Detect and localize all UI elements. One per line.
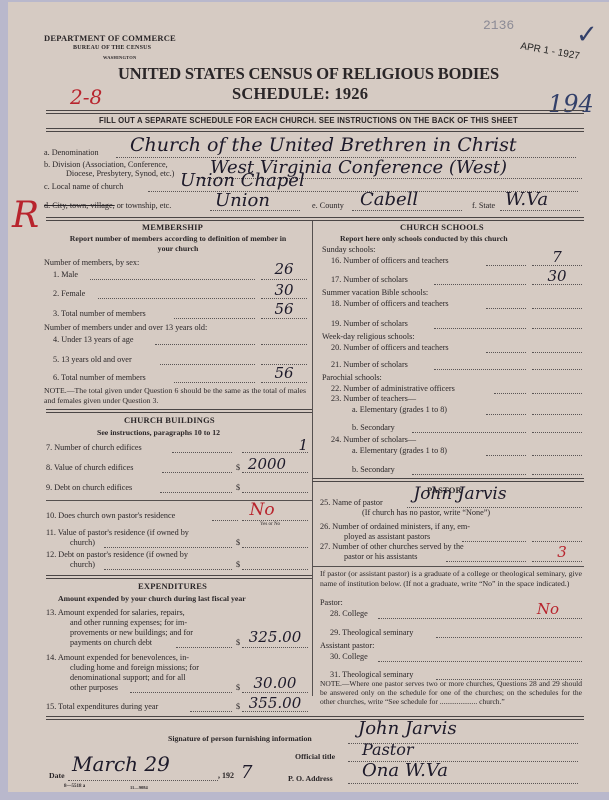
q19-label: 19. Number of scholars xyxy=(331,319,408,328)
year-prefix: , 192 xyxy=(218,771,234,780)
date-field[interactable] xyxy=(68,780,218,781)
city-label: WASHINGTON xyxy=(103,55,136,60)
q13-label-line-3: provements or new buildings; and for xyxy=(70,628,193,637)
q7-label: 7. Number of church edifices xyxy=(46,443,142,452)
q30-label: 30. College xyxy=(330,652,368,661)
q18-label: 18. Number of officers and teachers xyxy=(331,299,449,308)
q11-field[interactable] xyxy=(242,547,308,548)
q7-value: 1 xyxy=(242,436,308,454)
q12-label-2: church) xyxy=(70,560,95,569)
q27-value: 3 xyxy=(532,543,592,561)
q24a-label: a. Elementary (grades 1 to 8) xyxy=(352,446,447,455)
official-title-value: Pastor xyxy=(362,740,414,759)
q29-label: 29. Theological seminary xyxy=(330,628,413,637)
q11-label-2: church) xyxy=(70,538,95,547)
q3-field[interactable] xyxy=(261,318,307,319)
q26-label-1: 26. Number of ordained ministers, if any… xyxy=(320,522,470,531)
expenditures-subheading: Amount expended by your church during la… xyxy=(58,594,246,603)
q13-field[interactable] xyxy=(242,647,308,648)
division-label-1: b. Division (Association, Conference, xyxy=(44,160,168,169)
weekday-schools-label: Week-day religious schools: xyxy=(322,332,415,341)
q25-label: 25. Name of pastor xyxy=(320,498,383,507)
date-value: March 29 xyxy=(72,752,170,776)
parochial-schools-label: Parochial schools: xyxy=(322,373,382,382)
q18-field[interactable] xyxy=(532,308,582,309)
margin-r-annotation: R xyxy=(12,195,39,236)
date-label: Date xyxy=(49,771,65,780)
q28-value: No xyxy=(528,600,568,618)
form-number: 8—5518 a xyxy=(64,784,85,789)
pastor-note: NOTE.—Where one pastor serves two or mor… xyxy=(320,680,582,706)
po-address-label: P. O. Address xyxy=(288,774,333,783)
q4-label: 4. Under 13 years of age xyxy=(53,335,133,344)
q17-value: 30 xyxy=(532,267,582,285)
q21-field[interactable] xyxy=(532,369,582,370)
q25-value: John Jarvis xyxy=(405,484,515,504)
q23a-label: a. Elementary (grades 1 to 8) xyxy=(352,405,447,414)
expenditures-heading: EXPENDITURES xyxy=(138,581,207,591)
buildings-heading: CHURCH BUILDINGS xyxy=(124,415,215,425)
q2-value: 30 xyxy=(261,281,307,299)
q9-currency: $ xyxy=(236,483,240,492)
q15-currency: $ xyxy=(236,702,240,711)
q6-value: 56 xyxy=(261,364,307,382)
q6-field[interactable] xyxy=(261,382,307,383)
q20-label: 20. Number of officers and teachers xyxy=(331,343,449,352)
official-title-label: Official title xyxy=(295,752,335,761)
membership-note: NOTE.—The total given under Question 6 s… xyxy=(44,386,306,406)
q27-label-1: 27. Number of other churches served by t… xyxy=(320,542,464,551)
q23-label: 23. Number of teachers— xyxy=(331,394,416,403)
q17-label: 17. Number of scholars xyxy=(331,275,408,284)
q15-label: 15. Total expenditures during year xyxy=(46,702,158,711)
q24b-label: b. Secondary xyxy=(352,465,395,474)
q23b-field[interactable] xyxy=(532,432,582,433)
po-address-field[interactable] xyxy=(348,783,578,784)
city-label: d. City, town, village, or township, etc… xyxy=(44,201,171,210)
q10-label: 10. Does church own pastor's residence xyxy=(46,511,175,520)
q14-currency: $ xyxy=(236,683,240,692)
signature-label: Signature of person furnishing informati… xyxy=(168,734,312,743)
q26-field[interactable] xyxy=(532,541,582,542)
page-title: UNITED STATES CENSUS OF RELIGIOUS BODIES xyxy=(118,64,499,84)
sunday-schools-label: Sunday schools: xyxy=(322,245,375,254)
print-number: 11—9084 xyxy=(130,785,148,790)
graduate-note: If pastor (or assistant pastor) is a gra… xyxy=(320,569,582,589)
q14-label-line-2: cluding home and foreign missions; for xyxy=(70,663,199,672)
denomination-value: Church of the United Brethren in Christ xyxy=(130,134,517,156)
membership-heading: MEMBERSHIP xyxy=(142,222,203,232)
buildings-subheading: See instructions, paragraphs 10 to 12 xyxy=(97,428,220,437)
state-label: f. State xyxy=(472,201,495,210)
denomination-label: a. Denomination xyxy=(44,148,99,157)
q6-label: 6. Total number of members xyxy=(53,373,146,382)
q14-label-line-1: 14. Amount expended for benevolences, in… xyxy=(46,653,189,662)
q31-label: 31. Theological seminary xyxy=(330,670,413,679)
q22-label: 22. Number of administrative officers xyxy=(331,384,455,393)
q13-label-line-2: and other running expenses; for im- xyxy=(70,618,187,627)
q24a-field[interactable] xyxy=(532,455,582,456)
q2-label: 2. Female xyxy=(53,289,85,298)
q12-field[interactable] xyxy=(242,569,308,570)
signature-value: John Jarvis xyxy=(358,718,457,739)
q25-hint: (If church has no pastor, write “None”) xyxy=(362,508,490,517)
q5-label: 5. 13 years old and over xyxy=(53,355,132,364)
department-label: DEPARTMENT OF COMMERCE xyxy=(44,33,176,43)
q9-label: 9. Debt on church edifices xyxy=(46,483,132,492)
q13-value: 325.00 xyxy=(242,628,308,646)
instruction-banner: FILL OUT A SEPARATE SCHEDULE FOR EACH CH… xyxy=(99,115,518,125)
q28-label: 28. College xyxy=(330,609,368,618)
city-value: Union xyxy=(215,190,270,211)
q29-field[interactable] xyxy=(436,637,582,638)
q14-value: 30.00 xyxy=(242,674,308,692)
q24-label: 24. Number of scholars— xyxy=(331,435,416,444)
q27-label-2: pastor or his assistants xyxy=(344,552,417,561)
q15-value: 355.00 xyxy=(242,694,308,712)
q9-field[interactable] xyxy=(242,492,308,493)
q3-value: 56 xyxy=(261,300,307,318)
q23a-field[interactable] xyxy=(532,414,582,415)
red-code-annotation: 2-8 xyxy=(70,85,102,109)
q10-field[interactable] xyxy=(242,520,308,521)
q4-field[interactable] xyxy=(261,344,307,345)
pastor-label: Pastor: xyxy=(320,598,343,607)
q13-label-line-1: 13. Amount expended for salaries, repair… xyxy=(46,608,185,617)
q10-hint: Yes or No xyxy=(260,522,280,527)
q27-field[interactable] xyxy=(532,561,582,562)
q28-field[interactable] xyxy=(378,618,582,619)
q16-label: 16. Number of officers and teachers xyxy=(331,256,449,265)
q23b-label: b. Secondary xyxy=(352,423,395,432)
division-label-2: Diocese, Presbytery, Synod, etc.) xyxy=(66,169,174,178)
q8-value: 2000 xyxy=(242,455,292,473)
q22-field[interactable] xyxy=(532,393,582,394)
membership-subheading: Report number of members according to de… xyxy=(62,234,294,254)
county-label: e. County xyxy=(312,201,344,210)
schools-heading: CHURCH SCHOOLS xyxy=(400,222,484,232)
page-subtitle: SCHEDULE: 1926 xyxy=(232,84,368,104)
county-value: Cabell xyxy=(360,189,418,210)
po-address-value: Ona W.Va xyxy=(362,760,448,781)
q10-value: No xyxy=(242,500,282,520)
local-name-value: Union Chapel xyxy=(180,170,305,191)
members-by-sex-label: Number of members, by sex: xyxy=(44,258,139,267)
county-field[interactable] xyxy=(352,210,462,211)
q16-value: 7 xyxy=(532,248,582,266)
q19-field[interactable] xyxy=(532,328,582,329)
q3-label: 3. Total number of members xyxy=(53,309,146,318)
q24b-field[interactable] xyxy=(532,474,582,475)
q8-currency: $ xyxy=(236,463,240,472)
q13-currency: $ xyxy=(236,638,240,647)
q20-field[interactable] xyxy=(532,352,582,353)
schools-subheading: Report here only schools conducted by th… xyxy=(340,234,508,243)
check-mark-icon: ✓ xyxy=(576,20,598,50)
q14-label-line-3: denominational support; and for all xyxy=(70,673,186,682)
state-value: W.Va xyxy=(505,189,548,210)
q26-label-2: ployed as assistant pastors xyxy=(344,532,430,541)
q12-currency: $ xyxy=(236,560,240,569)
age-breakdown-label: Number of members under and over 13 year… xyxy=(44,323,207,332)
q30-field[interactable] xyxy=(378,661,582,662)
state-field[interactable] xyxy=(500,210,580,211)
q1-label: 1. Male xyxy=(53,270,78,279)
q8-label: 8. Value of church edifices xyxy=(46,463,133,472)
q11-currency: $ xyxy=(236,538,240,547)
q12-label-1: 12. Debt on pastor's residence (if owned… xyxy=(46,550,188,559)
q1-value: 26 xyxy=(261,260,307,278)
q1-field[interactable] xyxy=(261,279,307,280)
year-digit: 7 xyxy=(241,762,252,783)
q13-label-line-4: payments on church debt xyxy=(70,638,152,647)
city-label-struck: d. City, town, village, xyxy=(44,201,115,210)
q21-label: 21. Number of scholars xyxy=(331,360,408,369)
city-label-rest: or township, etc. xyxy=(117,201,172,210)
summer-schools-label: Summer vacation Bible schools: xyxy=(322,288,428,297)
q14-field[interactable] xyxy=(242,692,308,693)
q14-label-line-4: other purposes xyxy=(70,683,118,692)
stamp-number: 2136 xyxy=(483,18,514,33)
assistant-pastor-label: Assistant pastor: xyxy=(320,641,374,650)
local-name-label: c. Local name of church xyxy=(44,182,123,191)
bureau-label: BUREAU OF THE CENSUS xyxy=(73,45,151,51)
q11-label-1: 11. Value of pastor's residence (if owne… xyxy=(46,528,189,537)
